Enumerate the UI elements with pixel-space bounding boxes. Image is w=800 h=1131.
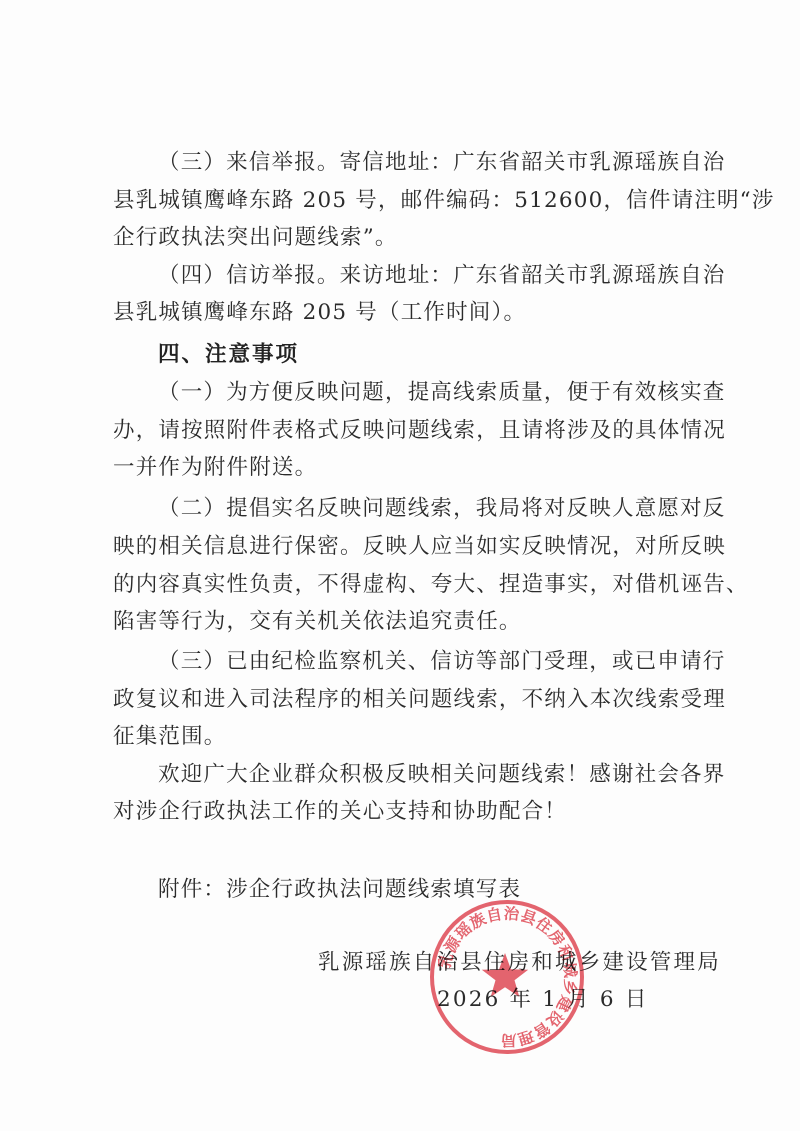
- note-1-line-2: 办，请按照附件表格式反映问题线索，且请将涉及的具体情况: [113, 416, 683, 446]
- signature-organization: 乳源瑶族自治县住房和城乡建设管理局: [318, 948, 721, 978]
- letter-report-line-3: 企行政执法突出问题线索”。: [113, 223, 683, 253]
- note-3-line-2: 政复议和进入司法程序的相关问题线索，不纳入本次线索受理: [113, 685, 683, 715]
- document-page: （三）来信举报。寄信地址：广东省韶关市乳源瑶族自治 县乳城镇鹰峰东路 205 号…: [0, 0, 800, 1131]
- note-3-line-3: 征集范围。: [113, 722, 683, 752]
- closing-line-1: 欢迎广大企业群众积极反映相关问题线索！感谢社会各界: [158, 760, 683, 790]
- letter-report-line-2: 县乳城镇鹰峰东路 205 号，邮件编码：512600，信件请注明“涉: [113, 186, 683, 216]
- note-3-line-1: （三）已由纪检监察机关、信访等部门受理，或已申请行: [158, 647, 683, 677]
- visit-report-line-2: 县乳城镇鹰峰东路 205 号（工作时间）。: [113, 298, 683, 328]
- attachment-label: 附件：涉企行政执法问题线索填写表: [158, 875, 683, 905]
- closing-line-2: 对涉企行政执法工作的关心支持和协助配合！: [113, 797, 683, 827]
- note-2-line-3: 的内容真实性负责，不得虚构、夸大、捏造事实，对借机诬告、: [113, 570, 683, 600]
- visit-report-line-1: （四）信访举报。来访地址：广东省韶关市乳源瑶族自治: [158, 261, 683, 291]
- note-1-line-1: （一）为方便反映问题，提高线索质量，便于有效核实查: [158, 378, 683, 408]
- letter-report-line-1: （三）来信举报。寄信地址：广东省韶关市乳源瑶族自治: [158, 148, 683, 178]
- note-2-line-4: 陷害等行为，交有关机关依法追究责任。: [113, 607, 683, 637]
- note-2-line-2: 映的相关信息进行保密。反映人应当如实反映情况，对所反映: [113, 532, 683, 562]
- note-1-line-3: 一并作为附件附送。: [113, 453, 683, 483]
- notes-heading: 四、注意事项: [158, 340, 683, 370]
- note-2-line-1: （二）提倡实名反映问题线索，我局将对反映人意愿对反: [158, 494, 683, 524]
- signature-date: 2026 年 1 月 6 日: [437, 985, 649, 1015]
